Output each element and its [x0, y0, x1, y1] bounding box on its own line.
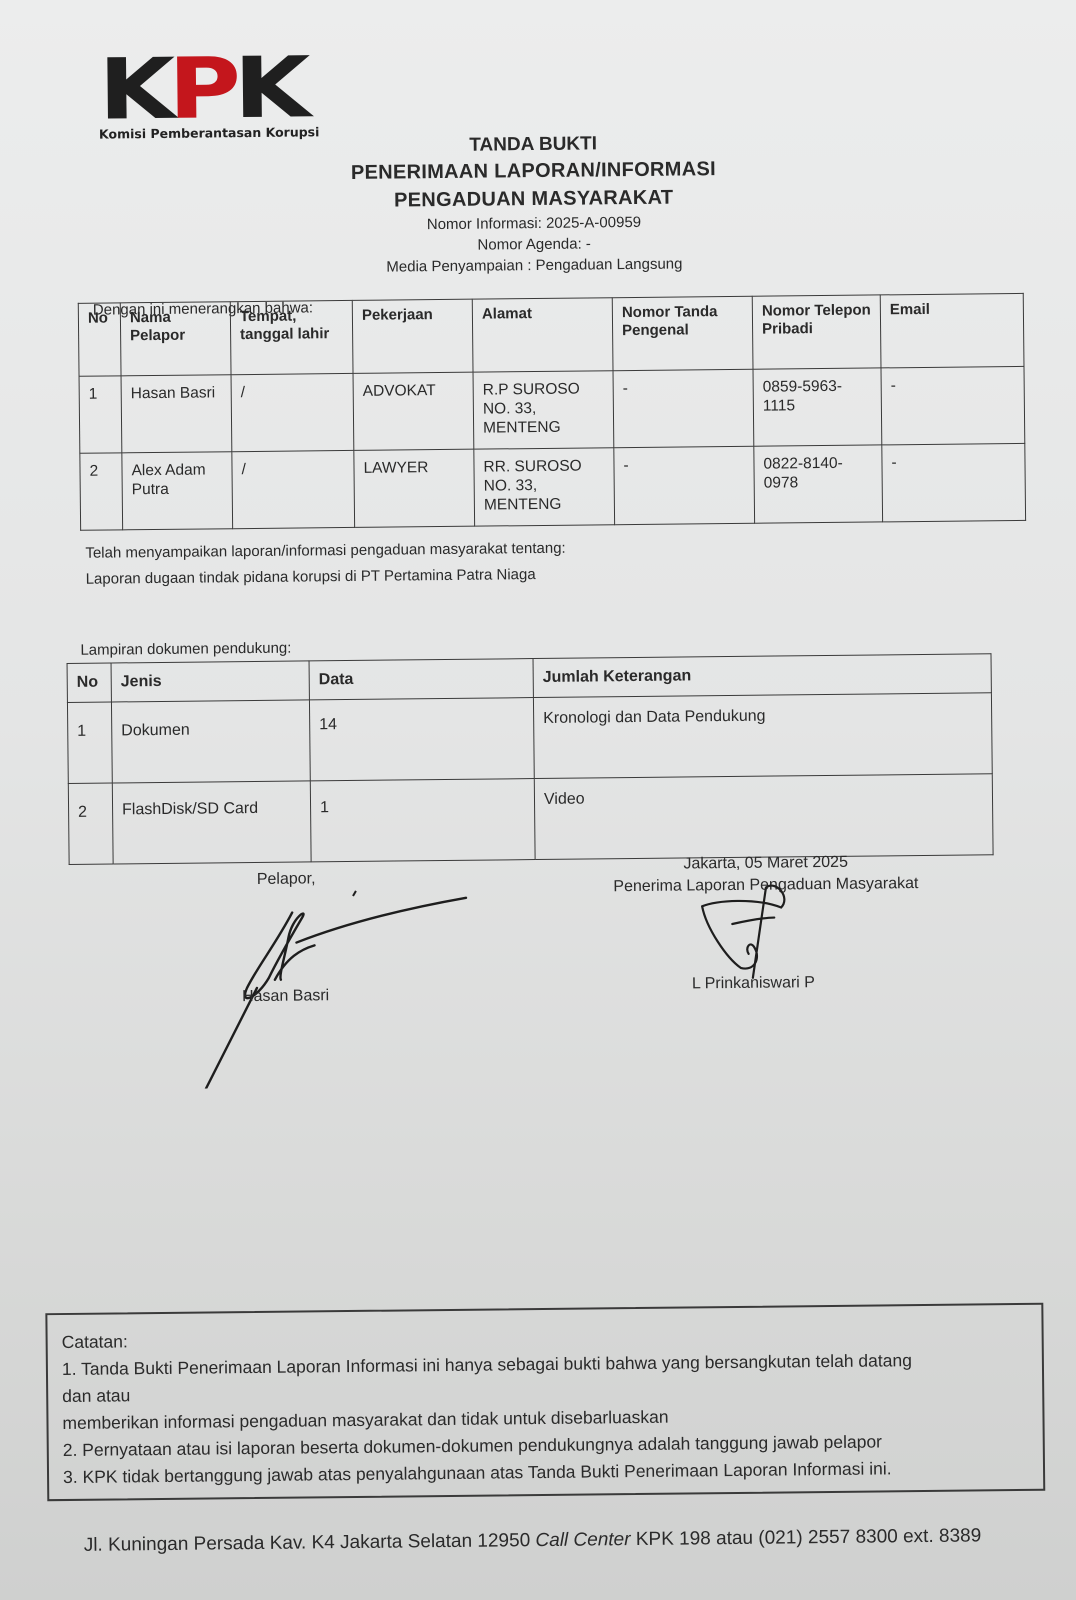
title-line-2: PENERIMAAN LAPORAN/INFORMASI: [283, 154, 783, 187]
logo-letter-p: P: [168, 39, 235, 138]
cell-alamat: RR. SUROSO NO. 33, MENTENG: [474, 448, 615, 526]
table-row: 1 Dokumen 14 Kronologi dan Data Pendukun…: [67, 693, 992, 784]
cell-no: 2: [80, 453, 123, 530]
media-penyampaian: Media Penyampaian : Pengaduan Langsung: [284, 252, 784, 278]
col-jumlah-keterangan: Jumlah Keterangan: [533, 654, 991, 698]
kpk-logo-mark: KPK: [98, 52, 304, 124]
table-row: 1 Hasan Basri / ADVOKAT R.P SUROSO NO. 3…: [79, 366, 1025, 453]
col-nama: Nama Pelapor: [120, 302, 231, 376]
logo-letter-k: K: [98, 40, 169, 139]
document-title: TANDA BUKTI PENERIMAAN LAPORAN/INFORMASI…: [283, 129, 784, 278]
document-page: KPK Komisi Pemberantasan Korupsi TANDA B…: [0, 0, 1076, 1600]
cell-no: 1: [67, 702, 112, 783]
cell-keterangan: Video: [534, 774, 993, 860]
col-no: No: [67, 663, 111, 702]
receiver-signature: [696, 877, 817, 988]
attachments-intro: Lampiran dokumen pendukung:: [80, 640, 291, 659]
cell-telepon: 0822-8140-0978: [754, 445, 883, 523]
col-no: No: [78, 303, 121, 376]
cell-jenis: Dokumen: [111, 700, 310, 783]
cell-data: 1: [310, 779, 535, 862]
attachments-table: No Jenis Data Jumlah Keterangan 1 Dokume…: [67, 653, 994, 865]
cell-no: 1: [79, 376, 122, 453]
col-telepon: Nomor Telepon Pribadi: [752, 295, 881, 369]
cell-data: 14: [309, 698, 534, 781]
cell-pekerjaan: ADVOKAT: [353, 372, 474, 450]
col-pekerjaan: Pekerjaan: [352, 299, 473, 373]
cell-nama: Hasan Basri: [121, 375, 232, 453]
kpk-logo: KPK Komisi Pemberantasan Korupsi: [98, 52, 319, 141]
cell-ttl: /: [232, 450, 355, 528]
table-row: 2 Alex Adam Putra / LAWYER RR. SUROSO NO…: [80, 443, 1026, 530]
cell-ttl: /: [231, 373, 354, 451]
cell-no: 2: [68, 783, 113, 864]
notes-box: Catatan: 1. Tanda Bukti Penerimaan Lapor…: [45, 1303, 1045, 1501]
col-alamat: Alamat: [472, 298, 613, 372]
footer-address-text: Jl. Kuningan Persada Kav. K4 Jakarta Sel…: [84, 1530, 536, 1556]
reporter-signature: [196, 886, 478, 1089]
col-ttl: Tempat, tanggal lahir: [230, 300, 353, 374]
cell-email: -: [881, 366, 1025, 444]
logo-letter-k2: K: [233, 38, 304, 137]
cell-pekerjaan: LAWYER: [354, 449, 475, 527]
cell-nama: Alex Adam Putra: [122, 452, 233, 530]
reporter-name: Hasan Basri: [242, 987, 329, 1006]
subject-text: Laporan dugaan tindak pidana korupsi di …: [86, 566, 536, 588]
cell-nomor-tanda-pengenal: -: [613, 369, 754, 447]
cell-jenis: FlashDisk/SD Card: [112, 781, 311, 864]
col-email: Email: [880, 293, 1024, 367]
cell-telepon: 0859-5963-1115: [753, 368, 882, 446]
cell-email: -: [882, 443, 1026, 521]
subject-intro: Telah menyampaikan laporan/informasi pen…: [85, 540, 565, 562]
table-header-row: No Nama Pelapor Tempat, tanggal lahir Pe…: [78, 293, 1024, 376]
col-data: Data: [309, 659, 533, 700]
footer-call-center-label: Call Center: [535, 1529, 630, 1551]
reporter-label: Pelapor,: [257, 870, 316, 889]
cell-nomor-tanda-pengenal: -: [614, 446, 755, 524]
receiver-name: L Prinkaniswari P: [692, 974, 815, 993]
col-jenis: Jenis: [111, 661, 309, 702]
cell-keterangan: Kronologi dan Data Pendukung: [533, 693, 992, 779]
footer-address: Jl. Kuningan Persada Kav. K4 Jakarta Sel…: [84, 1525, 982, 1556]
reporters-table: No Nama Pelapor Tempat, tanggal lahir Pe…: [78, 293, 1026, 531]
footer-contact: KPK 198 atau (021) 2557 8300 ext. 8389: [630, 1525, 981, 1550]
cell-alamat: R.P SUROSO NO. 33, MENTENG: [473, 371, 614, 449]
col-nomor-tanda-pengenal: Nomor Tanda Pengenal: [612, 296, 753, 370]
